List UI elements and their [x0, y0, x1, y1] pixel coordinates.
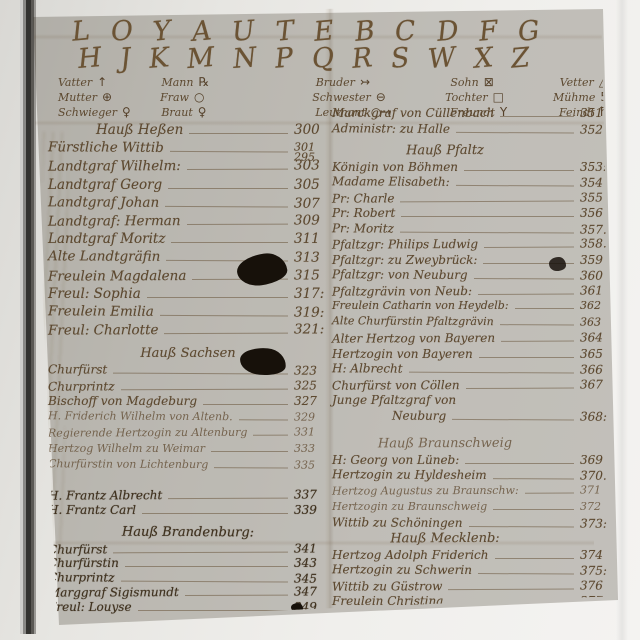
register-row: Hertzog Wilhelm zu Weimar 333 [48, 442, 328, 458]
entry-name: Churfürstin [48, 556, 119, 570]
relation-symbol-icon: ⊖ [376, 91, 386, 103]
entry-name: Landtgraf Wilhelm: [48, 158, 181, 175]
entry-number: 319: [294, 304, 328, 320]
entry-number: 343 [294, 556, 328, 570]
entry-number: 357. [580, 222, 614, 236]
register-row: Landtgraf: Herman 309 [48, 212, 328, 231]
entry-name: Alte Landtgräfin [48, 249, 160, 266]
entry-number: 353: [580, 160, 614, 174]
register-column-left: Hauß Heßen 300 Fürstliche Wittib 301295 … [48, 122, 328, 614]
cipher-letter: S [390, 44, 411, 73]
entry-number: 307 [294, 195, 328, 211]
leader-line [138, 610, 288, 611]
entry-name: Pfaltzgr: Philips Ludwig [332, 237, 478, 252]
register-row: H. Frantz Albrecht 337 [48, 487, 328, 504]
cipher-letter: B [354, 17, 376, 46]
register-row: Pr: Robert 356 [332, 206, 614, 222]
register-row: Freulein Emilia 319: [48, 303, 328, 323]
register-row: Wittib zu Schöningen 373: [332, 515, 614, 532]
entry-name: H. Friderich Wilhelm von Altenb. [48, 409, 233, 423]
register-row: Hertzog Adolph Friderich 374 [332, 548, 614, 564]
cipher-letter: O [109, 17, 133, 46]
register-row: Alter Hertzog von Bayeren 364 [332, 330, 614, 347]
leader-line [170, 151, 288, 153]
entry-number: 315 [294, 267, 328, 283]
register-row: H. Frantz Carl 339 [48, 503, 328, 519]
cipher-alphabet-row-2: HJKMNPQRSWXZ [78, 45, 530, 72]
register-row: Landtgraf Wilhelm: 303 [48, 158, 328, 177]
cipher-letter: H [77, 44, 103, 73]
relation-symbol-icon: ↑ [97, 76, 107, 88]
entry-number: 376 [580, 578, 614, 592]
register-row: Churfürst 341 [48, 541, 328, 557]
entry-name: Pfaltzgr: von Neuburg [332, 267, 468, 282]
entry-number: 303 [294, 158, 328, 174]
entry-name: Freulein Magdalena [48, 268, 186, 285]
relation-symbol-icon: ⊕ [102, 91, 112, 103]
register-row: Hauß Pfaltz [332, 142, 614, 160]
entry-number: 367 [580, 377, 614, 391]
leader-line [452, 418, 574, 420]
entry-number: 368: [580, 409, 614, 423]
relation-symbol-icon: ↣ [360, 76, 370, 88]
entry-name: Churfürst von Cöllen [332, 378, 460, 393]
entry-name: Hertzogin zu Schwerin [332, 562, 472, 577]
register-row: Marggraf Sigismundt 347 [48, 585, 328, 601]
entry-name: H. Frantz Albrecht [48, 488, 162, 502]
book-binding-edge [20, 0, 36, 634]
register-row: Wittib zu Güstrow 376 [332, 578, 614, 595]
relation-term: Braut [161, 106, 192, 119]
background-fold-shadow [616, 0, 628, 640]
entry-number: 313 [294, 250, 328, 266]
cipher-letter: T [274, 17, 294, 45]
register-row: Regierende Hertzogin zu Altenburg 331 [48, 425, 328, 442]
entry-name: Churprintz [48, 570, 115, 584]
leader-line [409, 372, 574, 374]
cipher-letter: X [472, 44, 494, 73]
leader-line [493, 509, 574, 510]
leader-line [147, 297, 288, 298]
scanned-manuscript-photo: { "document_kind": "handwritten cipher k… [0, 0, 640, 640]
register-row: Hauß Braunschweig [332, 435, 614, 453]
register-row: Bischoff von Magdeburg 327 [48, 394, 328, 410]
relation-term: Vetter [560, 76, 594, 89]
entry-name: Pfaltzgrävin von Neub: [332, 284, 472, 299]
entry-name: Alter Hertzog von Bayeren [332, 331, 495, 346]
register-row: Hauß Brandenburg: [48, 524, 328, 542]
register-row: Pfaltzgr: zu Zweybrück: 359 [332, 253, 614, 269]
entry-name: H: Albrecht [332, 361, 403, 375]
entry-number: 311 [294, 231, 328, 247]
relation-symbol-icon: ℞ [198, 76, 209, 88]
legend-pair: Mann℞ [161, 76, 315, 89]
leader-line [456, 131, 574, 133]
relation-term: Mutter [58, 91, 97, 104]
entry-name: Pr: Charle [332, 191, 394, 205]
relation-symbol-icon: ⊠ [484, 76, 494, 88]
entry-number: 339 [294, 503, 328, 517]
leader-line [493, 478, 574, 479]
register-row: Alte Churfürstin Pfaltzgrävin 363 [332, 314, 614, 331]
entry-number: 347 [294, 585, 328, 599]
entry-number: 300 [294, 122, 328, 138]
entry-name: Hauß Pfaltz [406, 143, 484, 158]
entry-name: Freul: Charlotte [48, 322, 159, 338]
leader-line [478, 573, 574, 575]
ink-blot [549, 257, 566, 271]
legend-pair: Braut♀ [161, 106, 315, 119]
entry-name: Fürstliche Wittib [48, 139, 164, 156]
legend-pair: Mutter⊕ [58, 91, 160, 104]
leader-line [125, 566, 288, 567]
register-row: Pfaltzgrävin von Neub: 361 [332, 283, 614, 300]
register-row: Churprintz 325 [48, 378, 328, 395]
entry-name: Hauß Braunschweig [378, 436, 512, 452]
leader-line [168, 188, 288, 189]
relation-term: Sohn [450, 76, 478, 89]
relation-term: Vatter [58, 76, 92, 89]
cipher-letter: L [71, 17, 91, 45]
entry-name: Hertzog Augustus zu Braunschw: [332, 483, 519, 497]
leader-line [168, 497, 288, 499]
leader-line [187, 224, 288, 225]
entry-name: Bischoff von Magdeburg [48, 394, 197, 408]
register-row: Freul: Charlotte 321: [48, 321, 328, 340]
cipher-letter: R [351, 44, 374, 73]
register-row: Hertzogin zu Braunschweig 372 [332, 500, 614, 516]
entry-name: Junge Pfaltzgraf von [332, 393, 456, 407]
register-row: Freulein Catharin von Heydelb: 362 [332, 299, 614, 315]
entry-name: Regierende Hertzogin zu Altenburg [48, 425, 247, 439]
relation-term: Tochter [445, 91, 488, 104]
leader-line [525, 492, 574, 493]
leader-line [203, 404, 288, 405]
leader-line [448, 588, 574, 590]
leader-line [211, 451, 288, 452]
entry-number: 366 [580, 363, 614, 377]
leader-line [484, 247, 574, 248]
relation-symbol-icon: ♀ [198, 106, 207, 118]
register-row: Pr: Moritz 357. [332, 221, 614, 238]
leader-line [160, 315, 288, 317]
legend-pair: Schwester⊖ [312, 91, 445, 104]
entry-name: Pfaltzgr: zu Zweybrück: [332, 253, 477, 267]
register-row: H: Albrecht 366 [332, 361, 614, 378]
entry-name: Churfürst [48, 363, 107, 377]
entry-number: 323 [294, 364, 328, 378]
entry-number: 309 [294, 212, 328, 228]
leader-line [214, 467, 288, 468]
entry-name: Hertzogin zu Hyldesheim [332, 467, 487, 482]
leader-line [165, 206, 288, 208]
entry-name: Landtgraf Moritz [48, 231, 165, 247]
relation-term: Schwieger [58, 106, 117, 119]
register-row: Neuburg 368: [332, 408, 614, 425]
cipher-letter: Y [152, 17, 172, 45]
entry-number: 325 [294, 378, 328, 392]
relation-symbol-icon: ○ [194, 91, 204, 103]
leader-line [113, 551, 288, 553]
leader-line [456, 185, 574, 187]
register-row: Landtgraf Johan 307 [48, 194, 328, 214]
leader-line [401, 216, 574, 217]
entry-name: Madame Elisabeth: [332, 174, 450, 189]
entry-name: Hauß Sachsen [140, 346, 235, 361]
register-row: Administr: zu Halle 352 [332, 121, 614, 138]
register-row: Landtgraf Moritz 311 [48, 231, 328, 249]
entry-number: 356 [580, 206, 614, 220]
cipher-letter: G [517, 17, 541, 46]
entry-number: 355 [580, 190, 614, 204]
entry-name: Marggraf Sigismundt [48, 585, 179, 600]
leader-line [495, 558, 574, 559]
entry-number: 352 [580, 122, 614, 136]
leader-line [164, 333, 288, 335]
entry-name: Landtgraf Johan [48, 194, 159, 211]
entry-name: Churfürst [48, 542, 107, 556]
leader-line [400, 200, 574, 202]
entry-number: 327 [294, 394, 328, 408]
entry-name: H: Georg von Lüneb: [332, 453, 459, 467]
register-row: Königin von Böhmen 353: [332, 160, 614, 176]
entry-number: 373: [580, 516, 614, 530]
register-row: Churfürstin 343 [48, 556, 328, 571]
relation-term: Mann [161, 76, 193, 89]
legend-pair: Vetter△ [560, 76, 608, 89]
leader-line [474, 278, 574, 280]
leader-line [142, 513, 288, 514]
cipher-letter: N [232, 44, 258, 73]
entry-name: Landtgraf: Herman [48, 213, 181, 230]
cipher-letter: W [426, 44, 456, 73]
cipher-letter: Q [311, 44, 335, 73]
leader-line [187, 169, 288, 170]
entry-number: 351 [580, 106, 614, 120]
leader-line [501, 341, 574, 342]
leader-line [171, 242, 288, 243]
entry-name: Hertzog Adolph Friderich [332, 548, 489, 562]
entry-number: 372 [580, 500, 614, 513]
cipher-letter: P [274, 44, 294, 72]
legend-pair: Mühme5 [553, 91, 608, 104]
entry-number: 331 [294, 425, 328, 438]
entry-name: H. Frantz Carl [48, 503, 136, 517]
leader-line [468, 525, 573, 527]
leader-line [479, 357, 574, 358]
entry-number: 335 [294, 458, 328, 471]
leader-line [185, 595, 288, 596]
entry-name: Pr: Moritz [332, 221, 394, 235]
register-row: Fürstliche Wittib 301295 [48, 139, 328, 159]
entry-number: 337 [294, 487, 328, 501]
relation-term: Fraw [160, 91, 189, 104]
register-row: Landtgraf Georg 305 [48, 177, 328, 195]
register-row: Pfaltzgr: von Neuburg 360 [332, 267, 614, 284]
entry-name: Neuburg [392, 408, 446, 422]
leader-line [500, 324, 574, 325]
entry-name: Marckgraf von Cüllenbach [332, 106, 494, 120]
cipher-letter: M [186, 44, 216, 73]
entry-name: Hauß Brandenburg: [122, 524, 254, 540]
register-row: Hertzogin von Bayeren 365 [332, 347, 614, 363]
register-row: Churfürstin von Lichtenburg 335 [48, 457, 328, 474]
register-row: Churfürst 323 [48, 363, 328, 380]
entry-number: 317: [294, 286, 328, 302]
legend-pair: Tochter□ [445, 91, 553, 104]
cipher-letter: K [148, 44, 170, 73]
register-column-right: Marckgraf von Cüllenbach 351 Administr: … [332, 106, 614, 610]
register-row: Hauß Mecklenb: [332, 530, 614, 548]
register-row: Pfaltzgr: Philips Ludwig 358. [332, 236, 614, 253]
legend-pair: Schwieger♀ [58, 106, 161, 119]
entry-number: 354 [580, 176, 614, 190]
entry-number: 374 [580, 548, 614, 562]
entry-name: Hertzogin von Bayeren [332, 347, 473, 361]
leader-line [120, 580, 287, 582]
entry-number: 329 [294, 410, 328, 423]
register-row: Hertzog Augustus zu Braunschw: 371 [332, 483, 614, 500]
entry-name: Pr: Robert [332, 206, 395, 220]
entry-name: Hauß Mecklenb: [390, 531, 499, 546]
register-row: Marckgraf von Cüllenbach 351 [332, 106, 614, 122]
relation-symbol-icon: ♀ [122, 106, 131, 118]
legend-pair: Sohn⊠ [450, 76, 559, 89]
legend-pair: Vatter↑ [58, 76, 161, 89]
manuscript-page: LOYAUTEBCDFG HJKMNPQRSWXZ Vatter↑Mann℞Br… [0, 0, 640, 640]
entry-number: 333 [294, 442, 328, 455]
entry-number: 370. [580, 469, 614, 483]
entry-number: 369 [580, 453, 614, 467]
register-row: Hertzogin zu Schwerin 375: [332, 562, 614, 579]
entry-name: Landtgraf Georg [48, 177, 162, 193]
entry-name: Hertzog Wilhelm zu Weimar [48, 442, 205, 455]
entry-name: Hertzogin zu Braunschweig [332, 500, 487, 513]
leader-line [464, 170, 574, 171]
legend-row: Vatter↑Mann℞Bruder↣Sohn⊠Vetter△ [58, 76, 608, 91]
relation-term: Mühme [553, 91, 595, 104]
relation-term: Bruder [316, 76, 355, 89]
leader-line [239, 419, 288, 420]
legend-row: Mutter⊕Fraw○Schwester⊖Tochter□Mühme5 [58, 91, 608, 106]
entry-name: Freulein Emilia [48, 303, 154, 320]
register-row: Freul: Sophia 317: [48, 286, 328, 304]
leader-line [465, 463, 574, 464]
cipher-letter: Z [510, 44, 531, 73]
entry-name: Freul: Louyse [48, 600, 132, 614]
entry-name: Alte Churfürstin Pfaltzgrävin [332, 314, 494, 328]
register-row: Madame Elisabeth: 354 [332, 174, 614, 191]
entry-name: Königin von Böhmen [332, 160, 458, 174]
entry-number: 345 [294, 571, 328, 585]
leader-line [466, 387, 574, 388]
leader-line [500, 116, 574, 117]
leader-line [515, 308, 574, 309]
entry-number: 341 [294, 541, 328, 555]
leader-line [400, 231, 574, 233]
entry-name: Churprintz [48, 379, 115, 393]
register-row: Junge Pfaltzgraf von [332, 393, 614, 409]
relation-symbol-icon: □ [493, 91, 504, 103]
entry-name: Wittib zu Schöningen [332, 515, 463, 530]
entry-name: Freul: Sophia [48, 286, 141, 302]
leader-line [253, 434, 288, 435]
register-row: Hertzogin zu Hyldesheim 370. [332, 467, 614, 484]
entry-name: Churfürstin von Lichtenburg [48, 457, 208, 471]
cipher-letter: J [119, 45, 132, 73]
leader-line [478, 293, 574, 294]
relation-term: Schwester [312, 91, 371, 104]
cipher-alphabet-row-1: LOYAUTEBCDFG [72, 18, 540, 45]
register-row: Hauß Sachsen [48, 346, 328, 363]
entry-number: 365 [580, 347, 614, 361]
leader-line [189, 133, 288, 134]
register-row: Pr: Charle 355 [332, 190, 614, 207]
register-row: H. Friderich Wilhelm von Altenb. 329 [48, 409, 328, 426]
entry-name: Hauß Heßen [96, 122, 183, 138]
entry-name: Freulein Catharin von Heydelb: [332, 299, 509, 312]
entry-number: 375: [580, 564, 614, 578]
leader-line [121, 388, 288, 390]
legend-pair: Bruder↣ [316, 76, 451, 89]
entry-number: 371 [580, 483, 614, 496]
entry-number: 305 [294, 177, 328, 193]
register-row: Hauß Heßen 300 [96, 122, 328, 140]
entry-name: Administr: zu Halle [332, 121, 450, 136]
register-row: H: Georg von Lüneb: 369 [332, 453, 614, 469]
entry-number: 321: [294, 321, 328, 337]
register-row: Churfürst von Cöllen 367 [332, 377, 614, 394]
legend-pair: Fraw○ [160, 91, 312, 104]
entry-name: Wittib zu Güstrow [332, 579, 442, 593]
